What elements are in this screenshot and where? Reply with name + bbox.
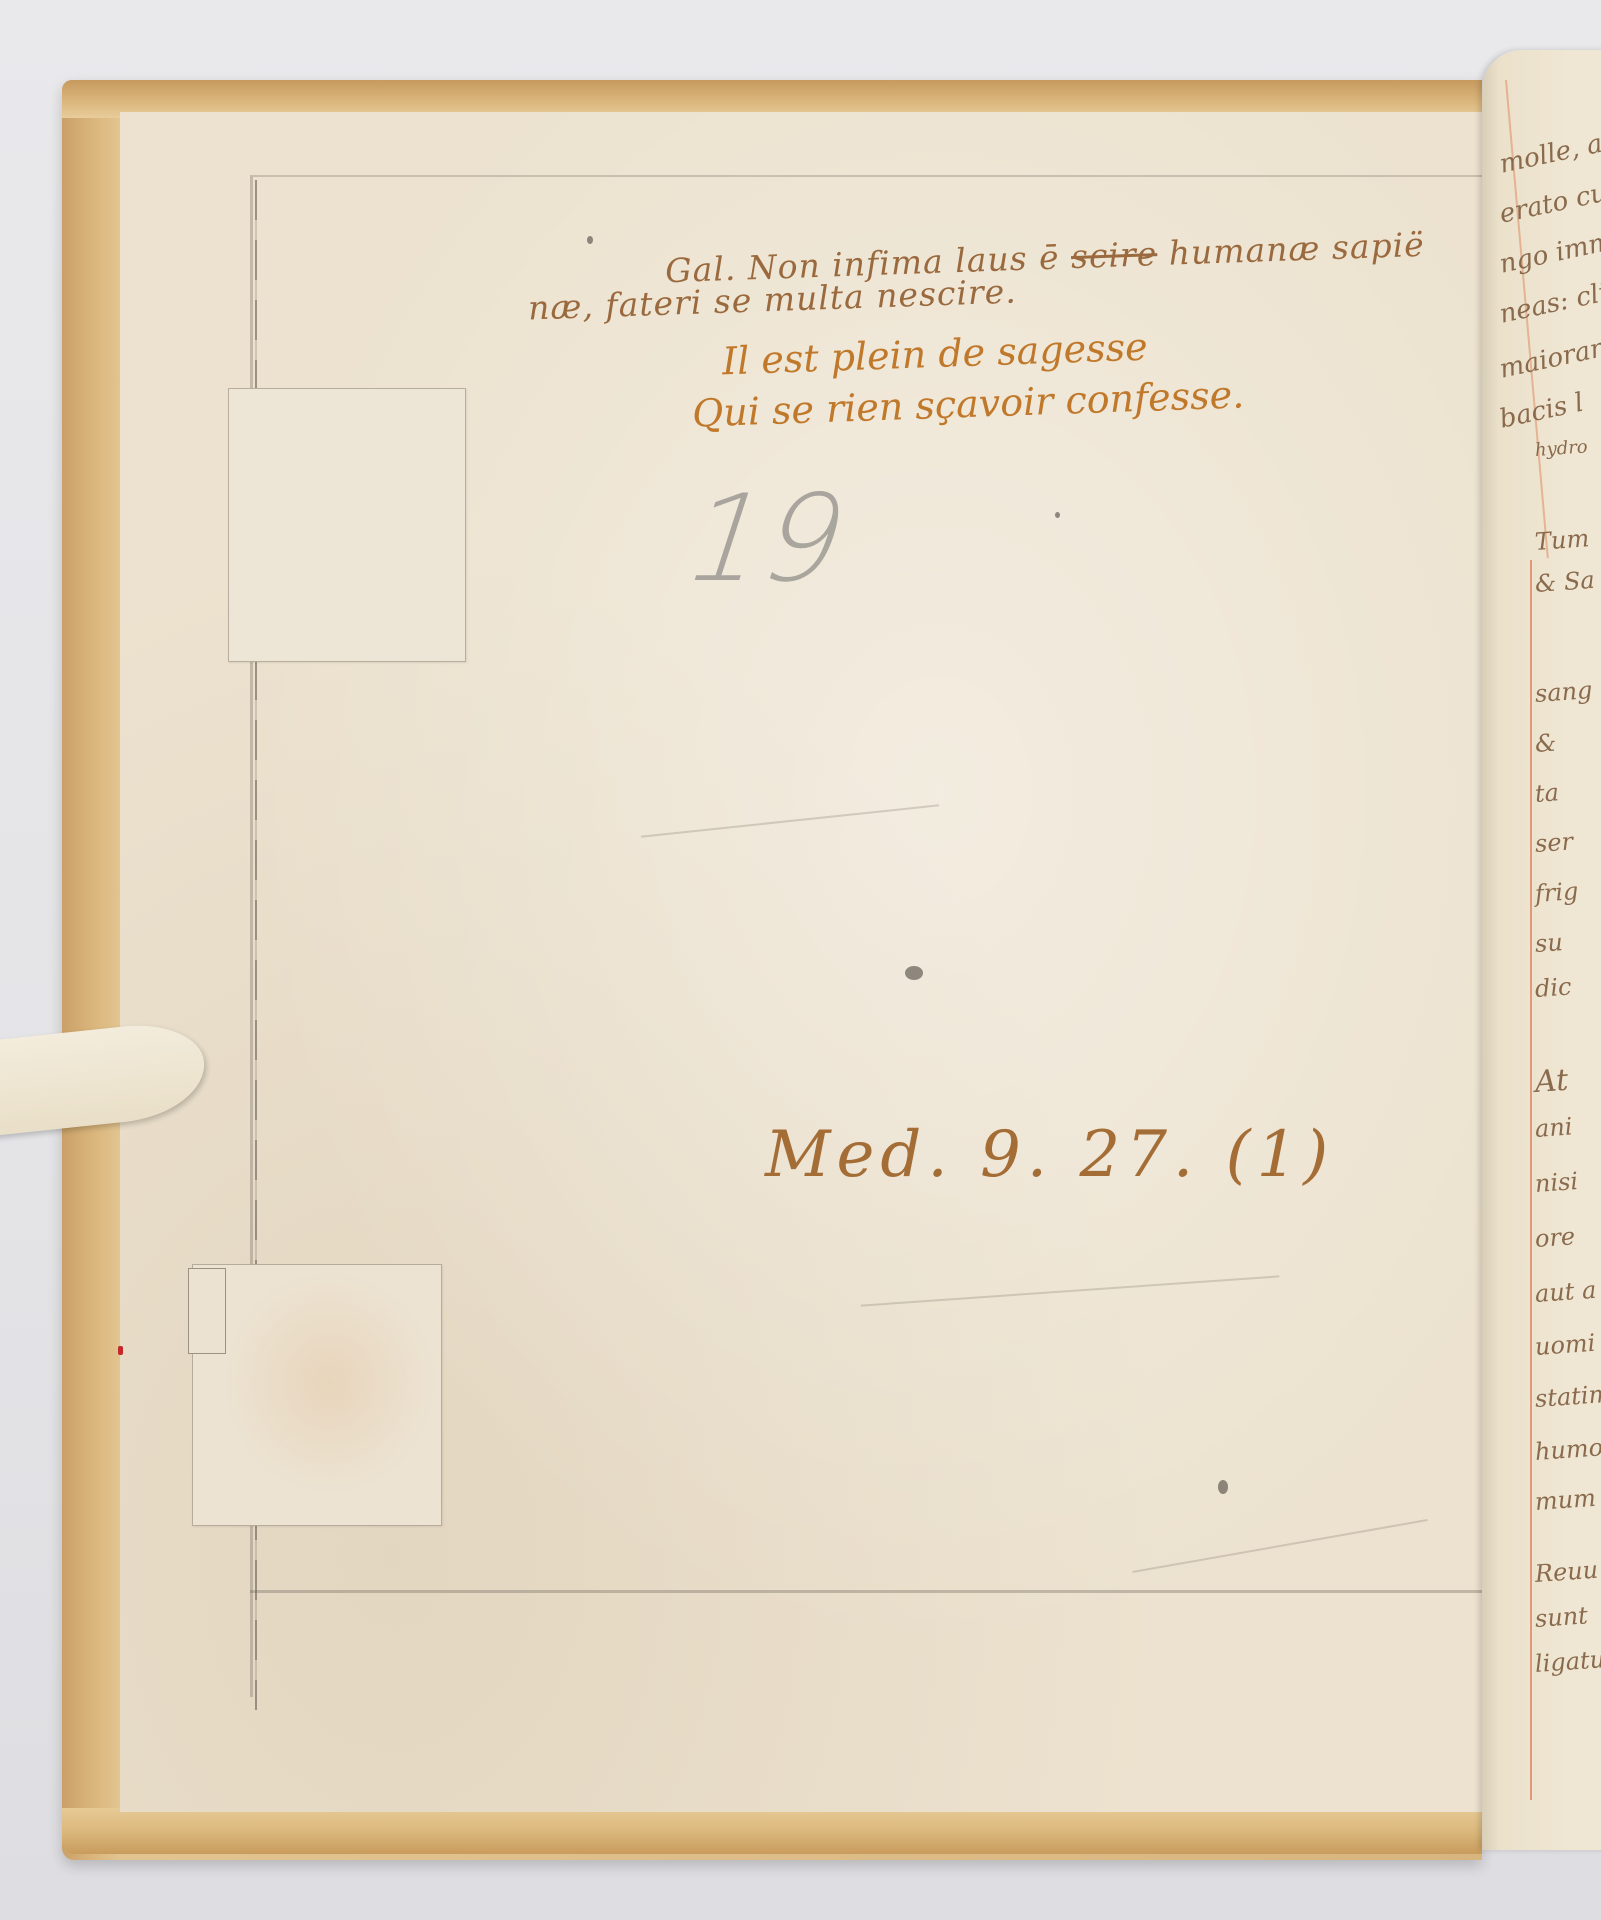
right-page-line: statim [1534, 1380, 1601, 1413]
right-page-line: Tum [1534, 524, 1590, 556]
right-page-line: nisi [1534, 1167, 1579, 1198]
ink-spot [1055, 512, 1060, 518]
right-page-line: mum [1534, 1484, 1597, 1516]
right-page-line: su [1534, 928, 1564, 958]
right-page-line: & [1534, 729, 1557, 758]
latin-struck-word: scire [1070, 234, 1158, 276]
red-mark [118, 1346, 123, 1355]
right-page-line: hydro [1534, 436, 1588, 461]
right-page-line: ani [1534, 1112, 1573, 1143]
right-page-line: dic [1534, 972, 1572, 1002]
right-page-line: Reuu [1534, 1556, 1599, 1588]
right-page-line: ore [1534, 1222, 1576, 1253]
right-page-line: ligatur [1534, 1644, 1601, 1678]
ink-spot [587, 236, 593, 244]
horizontal-fold-line [250, 1590, 1485, 1593]
paper-patch-bottom [192, 1264, 442, 1526]
right-page-line: sang [1534, 676, 1593, 708]
paper-patch-tab [188, 1268, 226, 1354]
cover-turn-in-bottom [62, 1808, 1482, 1854]
margin-rule [1530, 560, 1532, 1800]
right-page-line: & Sa [1534, 566, 1596, 598]
right-page-line: ser [1534, 827, 1574, 858]
right-page-line: sunt [1534, 1601, 1589, 1633]
shelfmark: Med. 9. 27. (1) [765, 1118, 1334, 1192]
ink-spot [905, 966, 923, 980]
paper-patch-top [228, 388, 466, 662]
right-page-line: ta [1534, 778, 1560, 808]
right-page-line: uomi [1534, 1329, 1596, 1361]
right-page-line: humor [1534, 1432, 1601, 1465]
right-page-line: frig [1534, 877, 1579, 908]
right-page-line: aut a [1534, 1276, 1597, 1308]
ink-spot [1218, 1480, 1228, 1494]
right-page-line: At [1534, 1063, 1570, 1100]
